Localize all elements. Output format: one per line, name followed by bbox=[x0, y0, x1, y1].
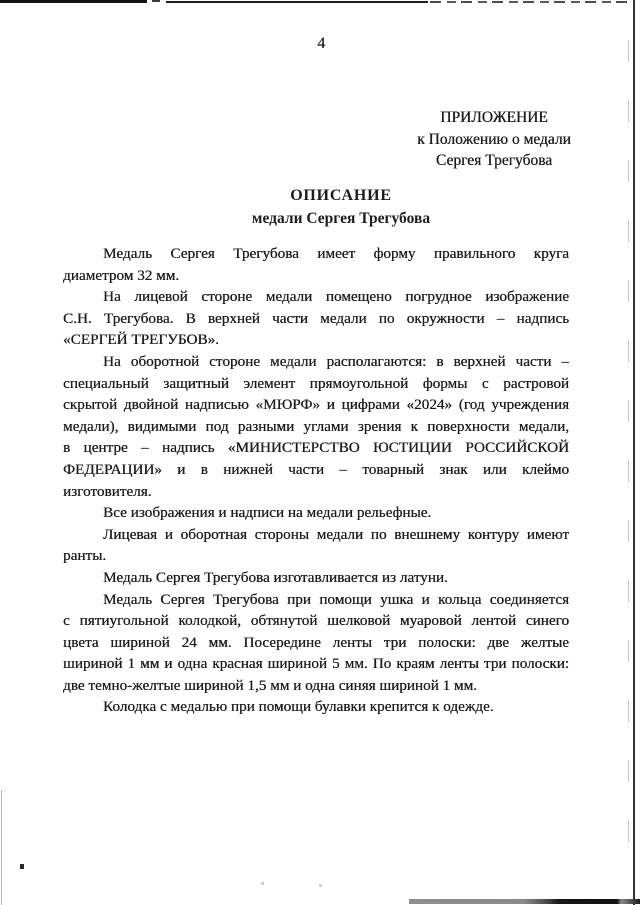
scan-artifact-top-edge-dashed bbox=[430, 1, 632, 3]
scan-artifact-top-edge bbox=[166, 1, 428, 3]
appendix-block: ПРИЛОЖЕНИЕ к Положению о медали Сергея Т… bbox=[410, 107, 578, 172]
paragraph-line: шириной 1 мм и одна красная шириной 5 мм… bbox=[63, 653, 569, 675]
paragraph-line: две темно-желтые шириной 1,5 мм и одна с… bbox=[63, 675, 569, 697]
paragraph-line: специальный защитный элемент прямоугольн… bbox=[63, 373, 569, 395]
paragraph-line: медали), видимыми под разными углами зре… bbox=[63, 416, 569, 438]
paragraph: На оборотной стороне медали располагаютс… bbox=[63, 351, 569, 502]
paragraph-line: Медаль Сергея Трегубова имеет форму прав… bbox=[63, 243, 569, 265]
paragraph-line: ФЕДЕРАЦИИ» и в нижней части – товарный з… bbox=[63, 459, 569, 481]
document-title: ОПИСАНИЕ медали Сергея Трегубова bbox=[42, 184, 640, 230]
paragraph-line: диаметром 32 мм. bbox=[63, 265, 569, 287]
scan-artifact-top-edge bbox=[0, 0, 147, 3]
paragraph-line: «СЕРГЕЙ ТРЕГУБОВ». bbox=[63, 329, 569, 351]
paragraph-line: скрытой двойной надписью «МЮРФ» и цифрам… bbox=[63, 394, 569, 416]
document-title-sub: медали Сергея Трегубова bbox=[42, 207, 640, 230]
scan-artifact-top-edge bbox=[152, 0, 160, 2]
paragraph-line: изготовителя. bbox=[63, 481, 569, 503]
appendix-line: ПРИЛОЖЕНИЕ bbox=[410, 107, 578, 129]
scan-artifact-left-edge-faint bbox=[1, 790, 2, 905]
appendix-line: к Положению о медали bbox=[410, 129, 578, 151]
scan-artifact-right-edge-faint bbox=[628, 40, 629, 880]
document-body: Медаль Сергея Трегубова имеет форму прав… bbox=[63, 243, 569, 718]
document-title-main: ОПИСАНИЕ bbox=[42, 184, 640, 207]
paragraph-line: в центре – надпись «МИНИСТЕРСТВО ЮСТИЦИИ… bbox=[63, 437, 569, 459]
scan-artifact-right-edge bbox=[633, 0, 635, 905]
paragraph-line: Медаль Сергея Трегубова изготавливается … bbox=[63, 567, 569, 589]
scan-speck bbox=[319, 884, 322, 887]
paragraph-line: цвета шириной 24 мм. Посередине ленты тр… bbox=[63, 632, 569, 654]
paragraph: Медаль Сергея Трегубова изготавливается … bbox=[63, 567, 569, 589]
paragraph: Все изображения и надписи на медали рель… bbox=[63, 502, 569, 524]
paragraph-line: с пятиугольной колодкой, обтянутой шелко… bbox=[63, 610, 569, 632]
paragraph-line: Лицевая и оборотная стороны медали по вн… bbox=[63, 524, 569, 546]
scan-artifact-bottom-edge bbox=[409, 899, 640, 904]
paragraph-line: Колодка с медалью при помощи булавки кре… bbox=[63, 696, 569, 718]
paragraph-line: На лицевой стороне медали помещено погру… bbox=[63, 286, 569, 308]
scan-speck bbox=[261, 882, 264, 885]
paragraph-line: Медаль Сергея Трегубова при помощи ушка … bbox=[63, 589, 569, 611]
paragraph: Колодка с медалью при помощи булавки кре… bbox=[63, 696, 569, 718]
paragraph-line: ранты. bbox=[63, 545, 569, 567]
scanned-document-page: 4 ПРИЛОЖЕНИЕ к Положению о медали Сергея… bbox=[0, 0, 640, 905]
appendix-line: Сергея Трегубова bbox=[410, 150, 578, 172]
paragraph: Медаль Сергея Трегубова имеет форму прав… bbox=[63, 243, 569, 286]
paragraph-line: Все изображения и надписи на медали рель… bbox=[63, 502, 569, 524]
paragraph-line: На оборотной стороне медали располагаютс… bbox=[63, 351, 569, 373]
scan-speck bbox=[20, 864, 24, 869]
paragraph-line: С.Н. Трегубова. В верхней части медали п… bbox=[63, 308, 569, 330]
paragraph: Лицевая и оборотная стороны медали по вн… bbox=[63, 524, 569, 567]
paragraph: На лицевой стороне медали помещено погру… bbox=[63, 286, 569, 351]
page-number: 4 bbox=[0, 35, 640, 53]
paragraph: Медаль Сергея Трегубова при помощи ушка … bbox=[63, 589, 569, 697]
